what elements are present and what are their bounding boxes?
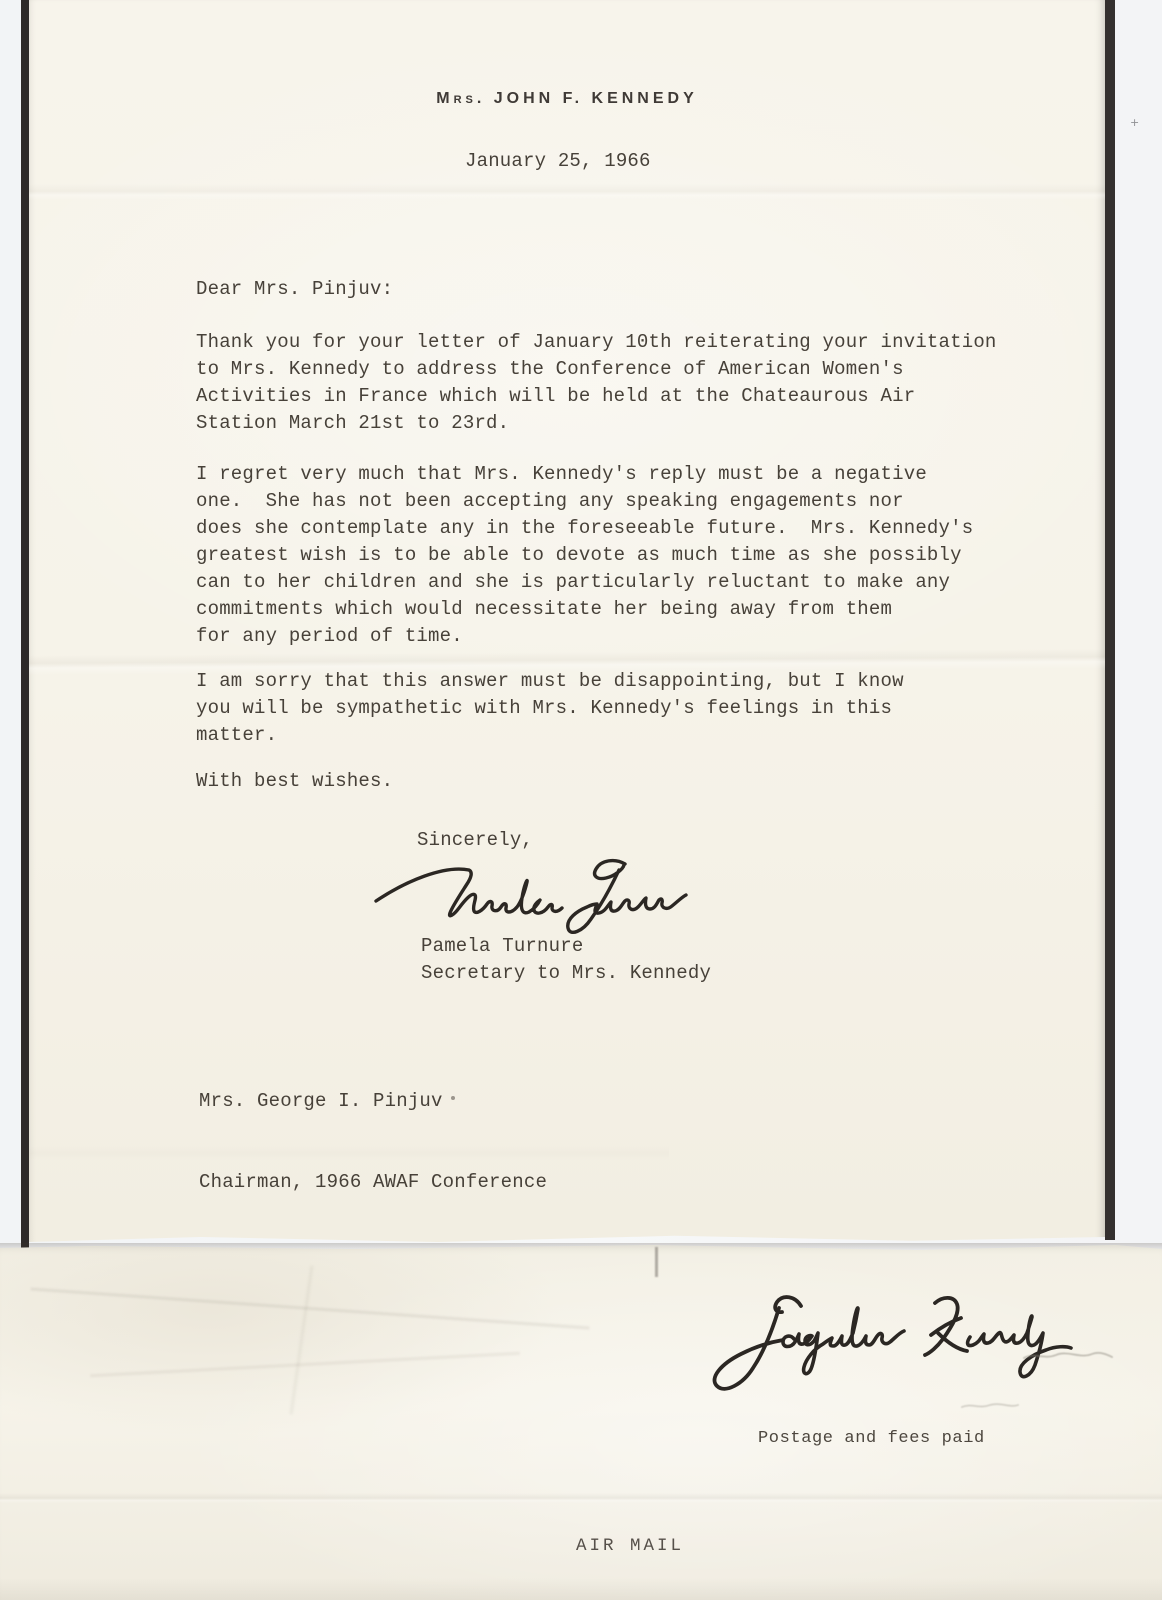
page-right-edge-border (1105, 0, 1115, 1240)
envelope-crease-horizontal (0, 1493, 1162, 1503)
page-left-edge-border (21, 0, 29, 1249)
body-paragraph-3: I am sorry that this answer must be disa… (196, 668, 904, 749)
letterhead-name: Mrs. JOHN F. KENNEDY (29, 90, 1105, 108)
envelope-crease-diagonal-2 (90, 1352, 520, 1378)
jacqueline-kennedy-signature (698, 1289, 1078, 1409)
envelope-crease-diagonal-1 (31, 1287, 590, 1329)
recipient-line-role: Chairman, 1966 AWAF Conference (199, 1169, 547, 1196)
scanner-registration-mark: + (1130, 116, 1139, 129)
scanned-letter-and-envelope: Mrs. JOHN F. KENNEDY January 25, 1966 De… (0, 0, 1162, 1600)
envelope-crease-diagonal-3 (290, 1266, 314, 1415)
typed-signer-name: Pamela Turnure (421, 933, 583, 960)
pamela-turnure-signature (372, 857, 690, 939)
closing-phrase: With best wishes. (196, 768, 393, 795)
recipient-line-name: Mrs. George I. Pinjuv (199, 1088, 547, 1115)
body-paragraph-2: I regret very much that Mrs. Kennedy's r… (196, 461, 973, 650)
envelope-bottom-shade (0, 1578, 1162, 1600)
envelope-crease-vertical (655, 1247, 658, 1277)
postage-note: Postage and fees paid (758, 1425, 985, 1452)
salutation: Dear Mrs. Pinjuv: (196, 276, 393, 303)
letter-date: January 25, 1966 (465, 148, 651, 175)
valediction: Sincerely, (417, 827, 533, 854)
air-mail-label: AIR MAIL (576, 1533, 684, 1560)
body-paragraph-1: Thank you for your letter of January 10t… (196, 329, 997, 437)
pencil-scribble (1022, 1349, 1114, 1363)
pencil-scribble-faint (960, 1401, 1020, 1411)
typed-signer-title: Secretary to Mrs. Kennedy (421, 960, 711, 987)
ink-speck (451, 1096, 455, 1100)
envelope: Postage and fees paid AIR MAIL (0, 1245, 1162, 1600)
